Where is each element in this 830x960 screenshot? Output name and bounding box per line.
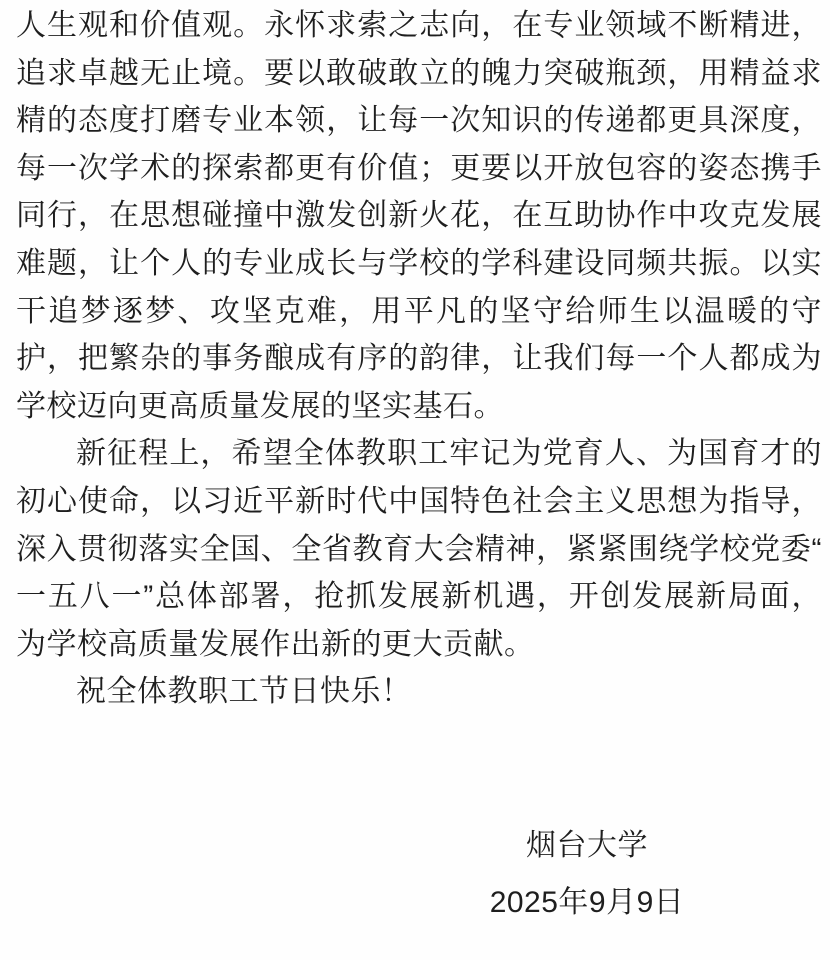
signature-date: 2025年9月9日 <box>352 874 822 931</box>
body-line: 追求卓越无止境。要以敢破敢立的魄力突破瓶颈，用精益求 <box>16 50 822 98</box>
body-line: 干追梦逐梦、攻坚克难，用平凡的坚守给师生以温暖的守 <box>16 288 822 336</box>
signature-block: 烟台大学 2025年9月9日 <box>352 817 822 931</box>
body-line: 为学校高质量发展作出新的更大贡献。 <box>16 621 822 669</box>
body-line: 难题，让个人的专业成长与学校的学科建设同频共振。以实 <box>16 240 822 288</box>
body-line paragraph-start: 新征程上，希望全体教职工牢记为党育人、为国育才的 <box>16 430 822 478</box>
letter-document: 人生观和价值观。永怀求索之志向，在专业领域不断精进， 追求卓越无止境。要以敢破敢… <box>0 0 830 960</box>
body-line: 一五八一”总体部署，抢抓发展新机遇，开创发展新局面， <box>16 573 822 621</box>
body-line: 深入贯彻落实全国、全省教育大会精神，紧紧围绕学校党委“ <box>16 526 822 574</box>
body-line closing-wish: 祝全体教职工节日快乐！ <box>16 668 822 716</box>
signature-org: 烟台大学 <box>352 817 822 874</box>
letter-body: 人生观和价值观。永怀求索之志向，在专业领域不断精进， 追求卓越无止境。要以敢破敢… <box>0 0 830 716</box>
body-line: 护，把繁杂的事务酿成有序的韵律，让我们每一个人都成为 <box>16 335 822 383</box>
body-line: 初心使命，以习近平新时代中国特色社会主义思想为指导， <box>16 478 822 526</box>
body-line: 人生观和价值观。永怀求索之志向，在专业领域不断精进， <box>16 2 822 50</box>
body-line: 学校迈向更高质量发展的坚实基石。 <box>16 383 822 431</box>
body-line: 同行，在思想碰撞中激发创新火花，在互助协作中攻克发展 <box>16 192 822 240</box>
body-line: 每一次学术的探索都更有价值；更要以开放包容的姿态携手 <box>16 145 822 193</box>
body-line: 精的态度打磨专业本领，让每一次知识的传递都更具深度， <box>16 97 822 145</box>
